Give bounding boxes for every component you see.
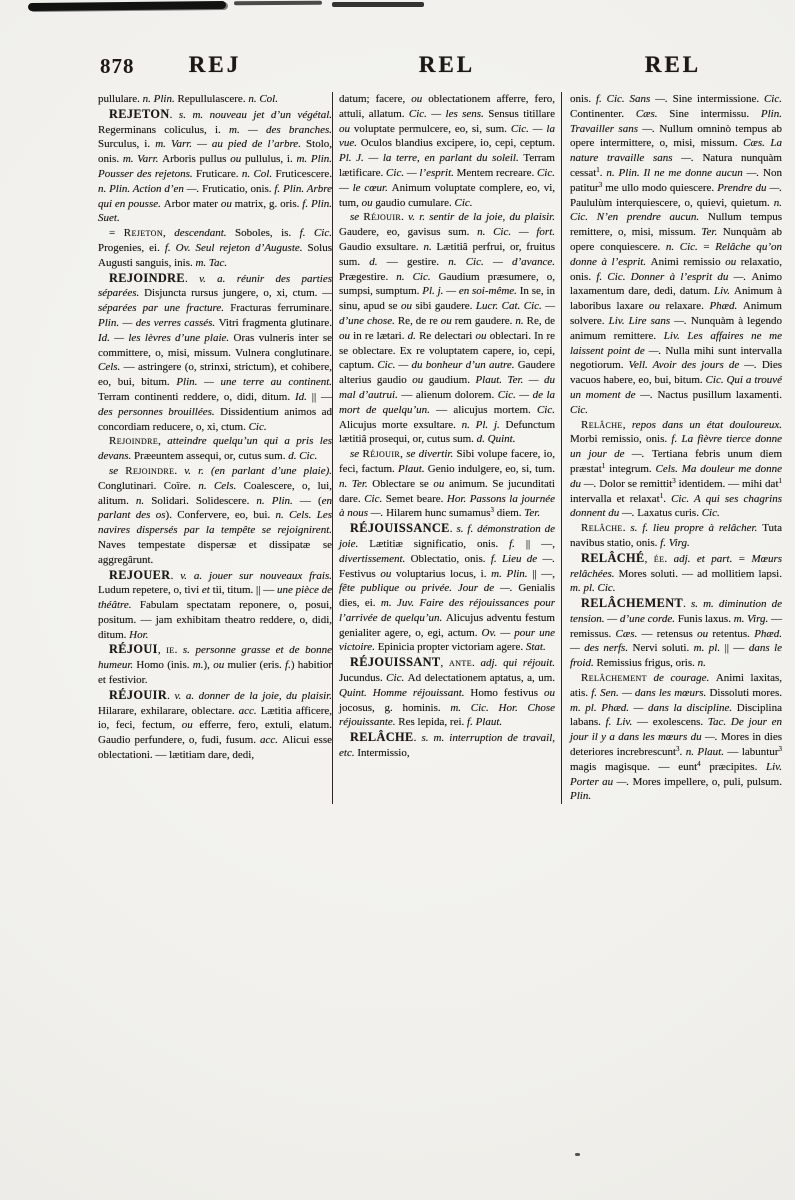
- column-3: onis. f. Cic. Sans —. Sine intermissione…: [562, 92, 784, 804]
- dictionary-paragraph: se Réjouir. v. r. sentir de la joie, du …: [339, 210, 555, 447]
- column-header-rel-3: REL: [562, 50, 784, 92]
- dictionary-paragraph: RÉJOUISSANT, ante. adj. qui réjouit. Juc…: [339, 655, 555, 730]
- page-number: 878: [100, 54, 135, 79]
- scanned-dictionary-page: 878 REJ REL REL pullulare. n. Plin. Repu…: [0, 0, 795, 1200]
- ink-smudge: [332, 2, 424, 7]
- dictionary-paragraph: RÉJOUI, ie. s. personne grasse et de bon…: [98, 642, 332, 687]
- dictionary-paragraph: RÉJOUIR. v. a. donner de la joie, du pla…: [98, 688, 332, 763]
- column-header-rel-2: REL: [333, 50, 561, 92]
- dictionary-paragraph: Relâchement de courage. Animi laxitas, a…: [570, 671, 782, 804]
- dictionary-paragraph: pullulare. n. Plin. Repullulascere. n. C…: [98, 92, 332, 107]
- dictionary-paragraph: RÉJOUISSANCE. s. f. démonstration de joi…: [339, 521, 555, 655]
- dictionary-paragraph: REJOINDRE. v. a. réunir des parties sépa…: [98, 271, 332, 435]
- ink-speck: [575, 1153, 580, 1156]
- dictionary-paragraph: onis. f. Cic. Sans —. Sine intermissione…: [570, 92, 782, 418]
- running-head: 878 REJ REL REL: [98, 50, 788, 92]
- ink-smudge: [234, 1, 322, 6]
- dictionary-paragraph: RELÂCHEMENT. s. m. diminution de tension…: [570, 596, 782, 671]
- dictionary-paragraph: Relâche. s. f. lieu propre à relâcher. T…: [570, 521, 782, 551]
- dictionary-paragraph: se Rejoindre. v. r. (en parlant d’une pl…: [98, 464, 332, 568]
- dictionary-paragraph: se Réjouir, se divertir. Sibi volupe fac…: [339, 447, 555, 521]
- dictionary-paragraph: REJOUER. v. a. jouer sur nouveaux frais.…: [98, 568, 332, 643]
- text-columns: pullulare. n. Plin. Repullulascere. n. C…: [98, 92, 788, 804]
- dictionary-paragraph: Relâche, repos dans un état douloureux. …: [570, 418, 782, 522]
- ink-smudge: [28, 1, 226, 11]
- dictionary-paragraph: datum; facere, ou oblectationem afferre,…: [339, 92, 555, 210]
- column-2: datum; facere, ou oblectationem afferre,…: [333, 92, 561, 804]
- column-1: pullulare. n. Plin. Repullulascere. n. C…: [98, 92, 332, 804]
- dictionary-paragraph: RELÂCHÉ, ée. adj. et part. = Mœurs relâc…: [570, 551, 782, 596]
- page-content: 878 REJ REL REL pullulare. n. Plin. Repu…: [98, 50, 788, 804]
- dictionary-paragraph: REJETON. s. m. nouveau jet d’un végétal.…: [98, 107, 332, 226]
- dictionary-paragraph: Rejoindre, atteindre quelqu’un qui a pri…: [98, 434, 332, 464]
- dictionary-paragraph: RELÂCHE. s. m. interruption de travail, …: [339, 730, 555, 761]
- dictionary-paragraph: = Rejeton, descendant. Soboles, is. f. C…: [98, 226, 332, 270]
